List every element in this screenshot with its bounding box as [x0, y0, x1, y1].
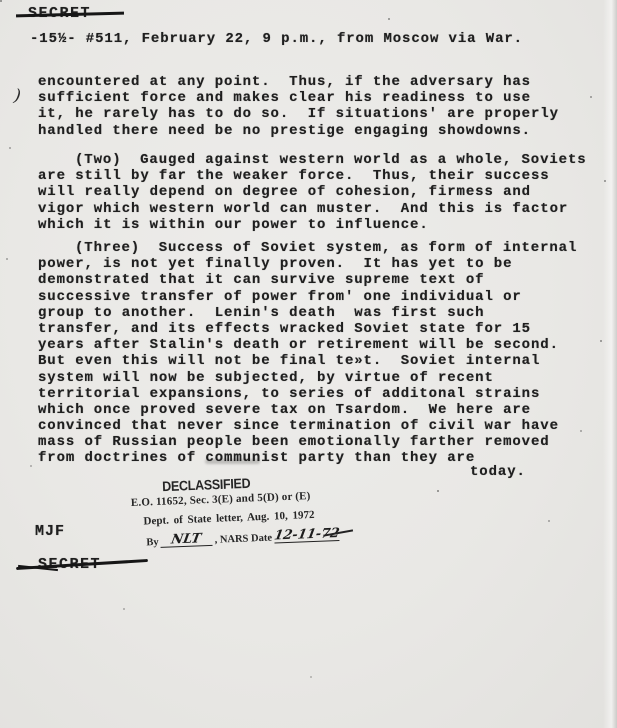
text-line: demonstrated that it can survive supreme… — [38, 272, 598, 288]
text-line: group to another. Lenin's death was firs… — [38, 305, 598, 321]
paragraph-three: (Three) Success of Soviet system, as for… — [38, 240, 598, 467]
handwritten-date: 12-11-72 — [274, 528, 340, 543]
classification-stamp-bottom: SECRET — [38, 556, 101, 573]
document-page: SECRET -15½- #511, February 22, 9 p.m., … — [0, 0, 617, 728]
handwritten-signature: NLT — [160, 533, 212, 548]
text-line: encountered at any point. Thus, if the a… — [38, 74, 598, 90]
text-line: convinced that never since termination o… — [38, 418, 598, 434]
text-line: will really depend on degree of cohesion… — [38, 184, 598, 200]
paper-specks — [0, 0, 2, 2]
text-line: (Three) Success of Soviet system, as for… — [38, 240, 598, 256]
handwritten-margin-mark: ) — [13, 86, 22, 107]
text-line: years after Stalin's death or retirement… — [38, 337, 598, 353]
text-line: transfer, and its effects wracked Soviet… — [38, 321, 598, 337]
scan-edge-shadow — [603, 0, 617, 728]
text-line: vigor which western world can muster. An… — [38, 201, 598, 217]
stamp-nars-label: , NARS Date — [214, 533, 272, 546]
declassification-stamp: DECLASSIFIED E.O. 11652, Sec. 3(E) and 5… — [130, 469, 432, 548]
text-line: successive transfer of power from' one i… — [38, 289, 598, 305]
paragraph-one: encountered at any point. Thus, if the a… — [38, 74, 598, 139]
text-line: (Two) Gauged against western world as a … — [38, 152, 598, 168]
text-line: system will now be subjected, by virtue … — [38, 370, 598, 386]
text-line: handled there need be no prestige engagi… — [38, 123, 598, 139]
classification-stamp-top: SECRET — [28, 5, 91, 22]
telegram-header: -15½- #511, February 22, 9 p.m., from Mo… — [30, 31, 523, 47]
text-line: mass of Russian people been emotionally … — [38, 434, 598, 450]
text-line: territorial expansions, to series of add… — [38, 386, 598, 402]
text-line: sufficient force and makes clear his rea… — [38, 90, 598, 106]
stamp-dept-line: Dept. of State letter, Aug. 10, 1972 — [143, 504, 431, 527]
signature-text: NLT — [171, 533, 203, 545]
today-line: today. — [470, 464, 526, 480]
text-line: power, is not yet finally proven. It has… — [38, 256, 598, 272]
paragraph-two: (Two) Gauged against western world as a … — [38, 152, 598, 233]
text-line: which once proved severe tax on Tsardom.… — [38, 402, 598, 418]
text-line: it, he rarely has to do so. If situation… — [38, 106, 598, 122]
text-line: are still by far the weaker force. Thus,… — [38, 168, 598, 184]
text-line: But even this will not be final te»t. So… — [38, 353, 598, 369]
text-line: which it is within our power to influenc… — [38, 217, 598, 233]
stamp-by-line: By NLT , NARS Date 12-11-72 — [146, 524, 432, 548]
clerk-initials: MJF — [35, 523, 65, 540]
stamp-by-label: By — [146, 537, 159, 548]
